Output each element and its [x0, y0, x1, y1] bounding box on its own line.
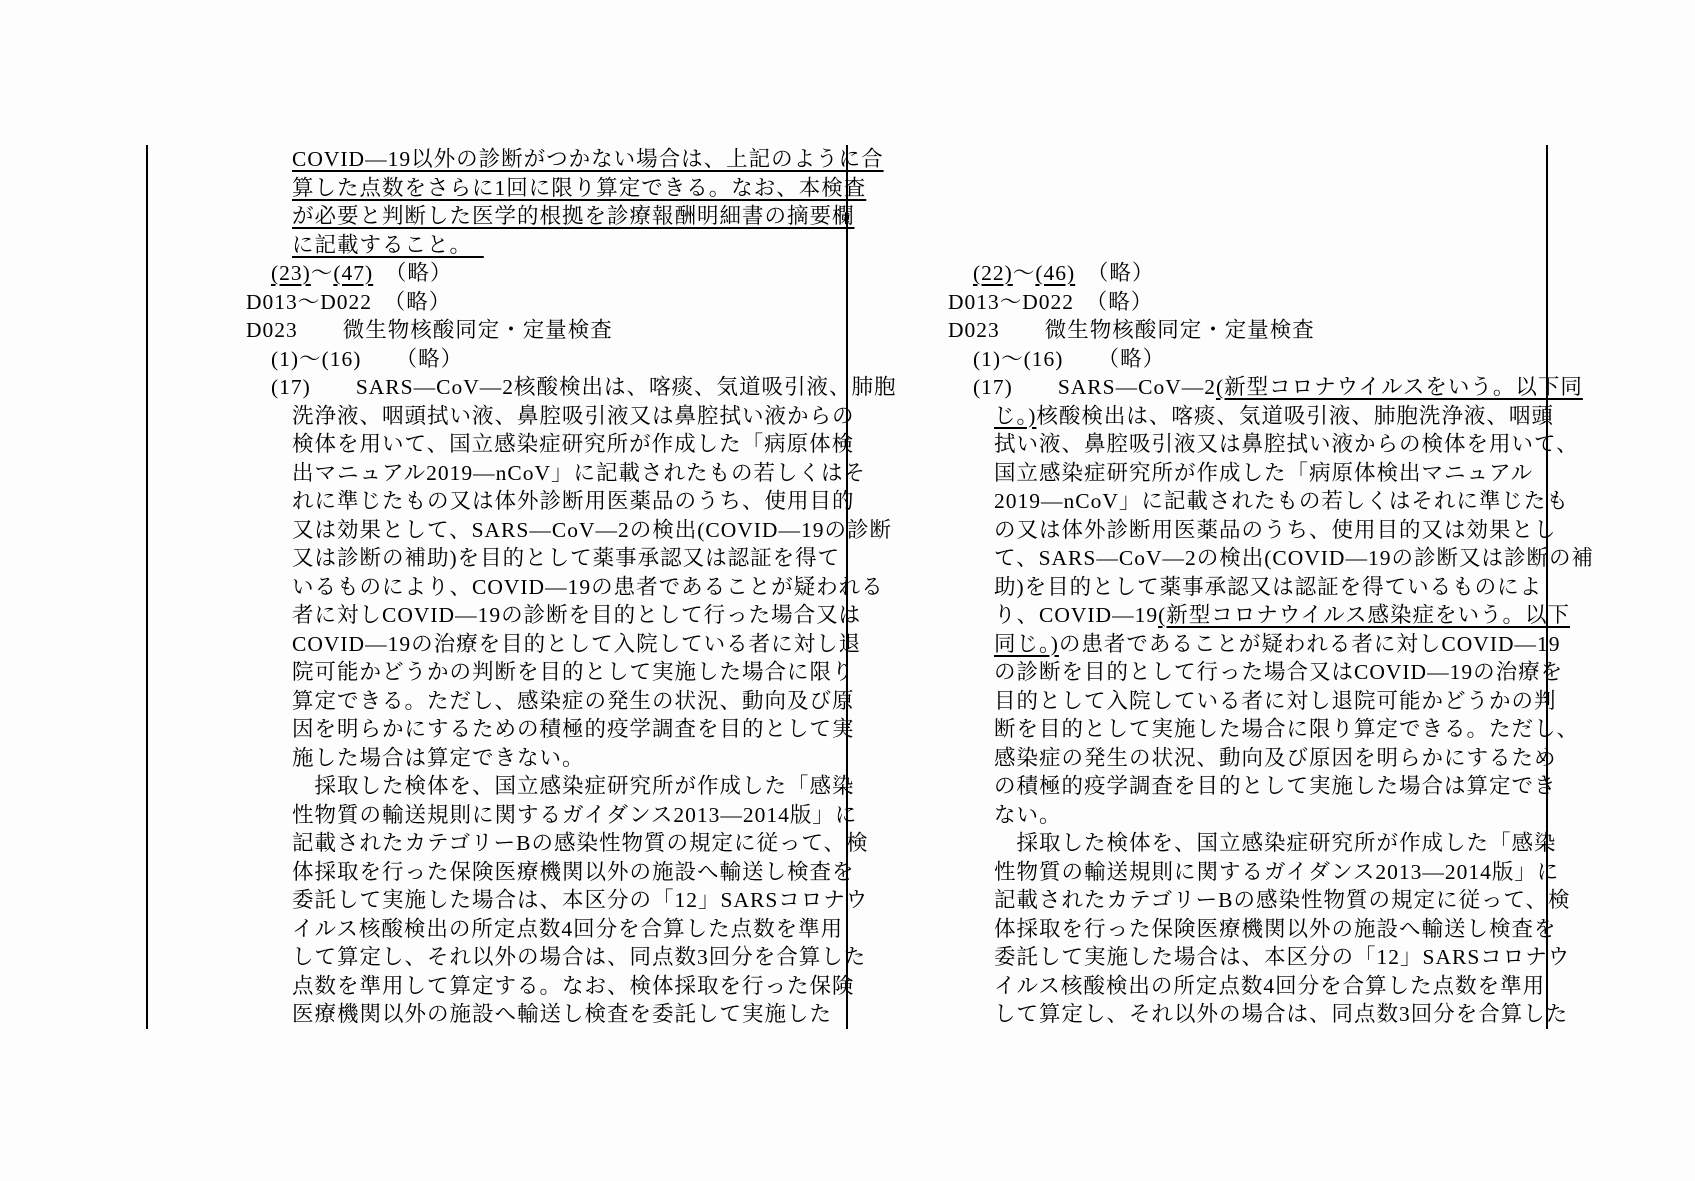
- text-segment: の患者であることが疑われる者に対しCOVID—19: [1059, 632, 1561, 656]
- text-line: 院可能かどうかの判断を目的として実施した場合に限り: [146, 658, 846, 687]
- text-line: (17) SARS—CoV—2核酸検出は、喀痰、気道吸引液、肺胞: [146, 373, 846, 402]
- text-line: の診断を目的として行った場合又はCOVID—19の治療を: [848, 658, 1548, 687]
- text-line: 体採取を行った保険医療機関以外の施設へ輸送し検査を: [146, 858, 846, 887]
- text-segment: 〜: [1013, 261, 1036, 285]
- text-line: 断を目的として実施した場合に限り算定できる。ただし、: [848, 715, 1548, 744]
- text-segment: れに準じたもの又は体外診断用医薬品のうち、使用目的: [292, 489, 855, 513]
- text-segment: 断を目的として実施した場合に限り算定できる。ただし、: [994, 717, 1579, 741]
- text-line: 出マニュアル2019—nCoV」に記載されたもの若しくはそ: [146, 459, 846, 488]
- text-segment: 採取した検体を、国立感染症研究所が作成した「感染: [994, 831, 1557, 855]
- text-segment: 者に対しCOVID—19の診断を目的として行った場合又は: [292, 603, 861, 627]
- text-segment: 記載されたカテゴリーBの感染性物質の規定に従って、検: [292, 831, 869, 855]
- text-line: (1)〜(16) （略）: [848, 345, 1548, 374]
- text-segment: の又は体外診断用医薬品のうち、使用目的又は効果とし: [994, 518, 1557, 542]
- text-segment: 感染症の発生の状況、動向及び原因を明らかにするため: [994, 746, 1557, 770]
- text-line: 委託して実施した場合は、本区分の「12」SARSコロナウ: [848, 943, 1548, 972]
- text-line: 施した場合は算定できない。: [146, 744, 846, 773]
- text-segment: の診断を目的として行った場合又はCOVID—19の治療を: [994, 660, 1563, 684]
- text-line: 感染症の発生の状況、動向及び原因を明らかにするため: [848, 744, 1548, 773]
- text-segment: 核酸検出は、喀痰、気道吸引液、肺胞洗浄液、咽頭: [1036, 404, 1554, 428]
- text-line: の又は体外診断用医薬品のうち、使用目的又は効果とし: [848, 516, 1548, 545]
- text-line: 性物質の輸送規則に関するガイダンス2013—2014版」に: [146, 801, 846, 830]
- text-line: れに準じたもの又は体外診断用医薬品のうち、使用目的: [146, 487, 846, 516]
- text-segment: COVID—19の治療を目的として入院している者に対し退: [292, 632, 861, 656]
- text-segment: D023 微生物核酸同定・定量検査: [246, 318, 613, 342]
- text-segment: 出マニュアル2019—nCoV」に記載されたもの若しくはそ: [292, 461, 866, 485]
- text-line: 算した点数をさらに1回に限り算定できる。なお、本検査: [146, 174, 846, 203]
- text-segment: 委託して実施した場合は、本区分の「12」SARSコロナウ: [292, 888, 868, 912]
- text-line: 算定できる。ただし、感染症の発生の状況、動向及び原: [146, 687, 846, 716]
- text-segment: 又は診断の補助)を目的として薬事承認又は認証を得て: [292, 546, 840, 570]
- text-line: 採取した検体を、国立感染症研究所が作成した「感染: [848, 829, 1548, 858]
- text-line: いるものにより、COVID—19の患者であることが疑われる: [146, 573, 846, 602]
- text-line: 助)を目的として薬事承認又は認証を得ているものによ: [848, 573, 1548, 602]
- text-segment: 目的として入院している者に対し退院可能かどうかの判: [994, 689, 1557, 713]
- text-line: 又は診断の補助)を目的として薬事承認又は認証を得て: [146, 544, 846, 573]
- text-line: して算定し、それ以外の場合は、同点数3回分を合算した: [848, 1000, 1548, 1029]
- text-segment: 性物質の輸送規則に関するガイダンス2013—2014版」に: [994, 860, 1559, 884]
- text-line: D013〜D022 （略）: [146, 288, 846, 317]
- text-line: 記載されたカテゴリーBの感染性物質の規定に従って、検: [848, 886, 1548, 915]
- text-segment: して算定し、それ以外の場合は、同点数3回分を合算した: [994, 1002, 1568, 1026]
- text-line: 検体を用いて、国立感染症研究所が作成した「病原体検: [146, 430, 846, 459]
- text-line: 目的として入院している者に対し退院可能かどうかの判: [848, 687, 1548, 716]
- text-line: ない。: [848, 801, 1548, 830]
- text-line: 2019—nCoV」に記載されたもの若しくはそれに準じたも: [848, 487, 1548, 516]
- underlined-text-segment: (22): [973, 261, 1013, 285]
- text-segment: り、COVID—19: [994, 603, 1158, 627]
- text-line: 医療機関以外の施設へ輸送し検査を委託して実施した: [146, 1000, 846, 1029]
- text-segment: 性物質の輸送規則に関するガイダンス2013—2014版」に: [292, 803, 857, 827]
- text-line: (23)〜(47) （略）: [146, 259, 846, 288]
- text-line: D023 微生物核酸同定・定量検査: [146, 316, 846, 345]
- text-line: 委託して実施した場合は、本区分の「12」SARSコロナウ: [146, 886, 846, 915]
- text-segment: 国立感染症研究所が作成した「病原体検出マニュアル: [994, 461, 1533, 485]
- text-segment: 記載されたカテゴリーBの感染性物質の規定に従って、検: [994, 888, 1571, 912]
- text-line: に記載すること。: [146, 231, 846, 260]
- text-segment: （略）: [373, 261, 452, 285]
- text-segment: 採取した検体を、国立感染症研究所が作成した「感染: [292, 774, 855, 798]
- text-segment: 検体を用いて、国立感染症研究所が作成した「病原体検: [292, 432, 854, 456]
- text-line: 点数を準用して算定する。なお、検体採取を行った保険: [146, 972, 846, 1001]
- text-segment: D023 微生物核酸同定・定量検査: [948, 318, 1315, 342]
- underlined-text-segment: に記載すること。: [292, 233, 484, 257]
- text-line: (22)〜(46) （略）: [848, 259, 1548, 288]
- text-segment: の積極的疫学調査を目的として実施した場合は算定でき: [994, 774, 1557, 798]
- text-segment: 体採取を行った保険医療機関以外の施設へ輸送し検査を: [994, 917, 1557, 941]
- text-segment: (17) SARS—CoV—2: [973, 375, 1216, 399]
- text-line: 又は効果として、SARS—CoV—2の検出(COVID—19の診断: [146, 516, 846, 545]
- text-segment: (1)〜(16) （略）: [973, 347, 1165, 371]
- text-segment: 因を明らかにするための積極的疫学調査を目的として実: [292, 717, 855, 741]
- text-segment: 助)を目的として薬事承認又は認証を得ているものによ: [994, 575, 1542, 599]
- text-line: り、COVID—19(新型コロナウイルス感染症をいう。以下: [848, 601, 1548, 630]
- text-segment: D013〜D022 （略）: [246, 290, 451, 314]
- text-segment: (17) SARS—CoV—2核酸検出は、喀痰、気道吸引液、肺胞: [271, 375, 896, 399]
- text-segment: 院可能かどうかの判断を目的として実施した場合に限り: [292, 660, 855, 684]
- document-page: COVID—19以外の診断がつかない場合は、上記のように合算した点数をさらに1回…: [0, 0, 1695, 1181]
- underlined-text-segment: が必要と判断した医学的根拠を診療報酬明細書の摘要欄: [292, 204, 855, 228]
- underlined-text-segment: (新型コロナウイルスをいう。以下同: [1216, 375, 1583, 399]
- text-line: 同じ。)の患者であることが疑われる者に対しCOVID—19: [848, 630, 1548, 659]
- underlined-text-segment: (23): [271, 261, 311, 285]
- text-line: じ。)核酸検出は、喀痰、気道吸引液、肺胞洗浄液、咽頭: [848, 402, 1548, 431]
- text-line: (1)〜(16) （略）: [146, 345, 846, 374]
- underlined-text-segment: (新型コロナウイルス感染症をいう。以下: [1158, 603, 1570, 627]
- text-segment: ない。: [994, 803, 1062, 827]
- text-segment: 拭い液、鼻腔吸引液又は鼻腔拭い液からの検体を用いて、: [994, 432, 1579, 456]
- text-segment: 委託して実施した場合は、本区分の「12」SARSコロナウ: [994, 945, 1570, 969]
- text-line: 性物質の輸送規則に関するガイダンス2013—2014版」に: [848, 858, 1548, 887]
- underlined-text-segment: じ。): [994, 404, 1036, 428]
- text-line: して算定し、それ以外の場合は、同点数3回分を合算した: [146, 943, 846, 972]
- text-segment: 算定できる。ただし、感染症の発生の状況、動向及び原: [292, 689, 855, 713]
- text-line: イルス核酸検出の所定点数4回分を合算した点数を準用: [848, 972, 1548, 1001]
- text-segment: 洗浄液、咽頭拭い液、鼻腔吸引液又は鼻腔拭い液からの: [292, 404, 855, 428]
- column-right: (22)〜(46) （略）D013〜D022 （略）D023 微生物核酸同定・定…: [848, 145, 1548, 1029]
- column-left: COVID—19以外の診断がつかない場合は、上記のように合算した点数をさらに1回…: [146, 145, 846, 1029]
- text-segment: イルス核酸検出の所定点数4回分を合算した点数を準用: [292, 917, 843, 941]
- underlined-text-segment: (46): [1035, 261, 1075, 285]
- text-line: 記載されたカテゴリーBの感染性物質の規定に従って、検: [146, 829, 846, 858]
- text-segment: て、SARS—CoV—2の検出(COVID—19の診断又は診断の補: [994, 546, 1594, 570]
- text-segment: 2019—nCoV」に記載されたもの若しくはそれに準じたも: [994, 489, 1569, 513]
- text-segment: 点数を準用して算定する。なお、検体採取を行った保険: [292, 974, 855, 998]
- text-segment: 医療機関以外の施設へ輸送し検査を委託して実施した: [292, 1002, 832, 1026]
- text-line: 洗浄液、咽頭拭い液、鼻腔吸引液又は鼻腔拭い液からの: [146, 402, 846, 431]
- text-line: が必要と判断した医学的根拠を診療報酬明細書の摘要欄: [146, 202, 846, 231]
- text-segment: 〜: [311, 261, 334, 285]
- text-segment: D013〜D022 （略）: [948, 290, 1153, 314]
- text-line: イルス核酸検出の所定点数4回分を合算した点数を準用: [146, 915, 846, 944]
- underlined-text-segment: 算した点数をさらに1回に限り算定できる。なお、本検査: [292, 176, 866, 200]
- text-segment: いるものにより、COVID—19の患者であることが疑われる: [292, 575, 884, 599]
- underlined-text-segment: 同じ。): [994, 632, 1059, 656]
- underlined-text-segment: (47): [333, 261, 373, 285]
- text-segment: (1)〜(16) （略）: [271, 347, 463, 371]
- text-segment: 施した場合は算定できない。: [292, 746, 585, 770]
- text-segment: して算定し、それ以外の場合は、同点数3回分を合算した: [292, 945, 866, 969]
- underlined-text-segment: COVID—19以外の診断がつかない場合は、上記のように合: [292, 147, 884, 171]
- text-line: 因を明らかにするための積極的疫学調査を目的として実: [146, 715, 846, 744]
- text-line: の積極的疫学調査を目的として実施した場合は算定でき: [848, 772, 1548, 801]
- text-line: 採取した検体を、国立感染症研究所が作成した「感染: [146, 772, 846, 801]
- text-line: (17) SARS—CoV—2(新型コロナウイルスをいう。以下同: [848, 373, 1548, 402]
- text-line: COVID—19以外の診断がつかない場合は、上記のように合: [146, 145, 846, 174]
- text-segment: （略）: [1075, 261, 1154, 285]
- text-line: D013〜D022 （略）: [848, 288, 1548, 317]
- text-line: て、SARS—CoV—2の検出(COVID—19の診断又は診断の補: [848, 544, 1548, 573]
- text-line: 体採取を行った保険医療機関以外の施設へ輸送し検査を: [848, 915, 1548, 944]
- text-line: 者に対しCOVID—19の診断を目的として行った場合又は: [146, 601, 846, 630]
- text-line: D023 微生物核酸同定・定量検査: [848, 316, 1548, 345]
- text-segment: 体採取を行った保険医療機関以外の施設へ輸送し検査を: [292, 860, 855, 884]
- text-segment: イルス核酸検出の所定点数4回分を合算した点数を準用: [994, 974, 1545, 998]
- text-segment: 又は効果として、SARS—CoV—2の検出(COVID—19の診断: [292, 518, 892, 542]
- text-line: 国立感染症研究所が作成した「病原体検出マニュアル: [848, 459, 1548, 488]
- text-line: COVID—19の治療を目的として入院している者に対し退: [146, 630, 846, 659]
- text-line: 拭い液、鼻腔吸引液又は鼻腔拭い液からの検体を用いて、: [848, 430, 1548, 459]
